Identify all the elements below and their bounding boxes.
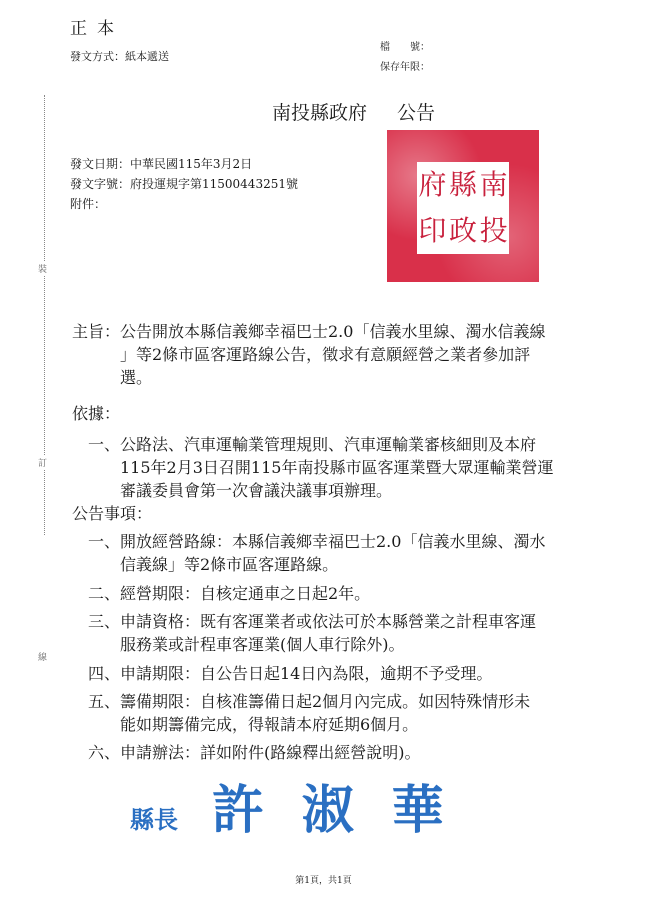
- delivery-method: 發文方式：紙本遞送: [70, 48, 169, 64]
- official-seal: 府 縣 南 印 政 投: [387, 130, 539, 282]
- seal-char: 投: [478, 208, 509, 254]
- subject-label: 主旨：: [72, 320, 120, 343]
- retention-label: 保存年限：: [380, 58, 430, 73]
- title-org: 南投縣政府: [272, 102, 367, 124]
- signature-char: 淑: [302, 780, 354, 841]
- notice-num: 四、: [88, 662, 120, 685]
- doc-number: 發文字號：府投運規字第11500443251號: [70, 175, 298, 192]
- basis-line: 公路法、汽車運輸業管理規則、汽車運輸業審核細則及本府: [120, 433, 536, 456]
- signature-title: 縣長: [130, 805, 178, 834]
- seal-char: 政: [448, 208, 479, 254]
- notice-line: 申請資格：既有客運業者或依法可於本縣營業之計程車客運: [120, 610, 536, 633]
- seal-char: 府: [417, 162, 448, 208]
- basis-line: 115年2月3日召開115年南投縣市區客運業暨大眾運輸業營運: [120, 456, 553, 479]
- seal-characters: 府 縣 南 印 政 投: [417, 162, 509, 254]
- seal-char: 南: [478, 162, 509, 208]
- notice-label: 公告事項：: [72, 502, 152, 525]
- subject-line: 公告開放本縣信義鄉幸福巴士2.0「信義水里線、濁水信義線: [120, 320, 545, 343]
- signature-stamp: 縣長 許 淑 華: [130, 768, 470, 843]
- basis-num: 一、: [88, 433, 120, 456]
- issue-date: 發文日期：中華民國115年3月2日: [70, 155, 252, 172]
- signature-char: 許: [212, 780, 264, 841]
- notice-line: 經營期限：自核定通車之日起2年。: [120, 582, 370, 605]
- subject-line: 」等2條市區客運路線公告，徵求有意願經營之業者參加評: [120, 343, 530, 366]
- notice-line: 申請期限：自公告日起14日內為限，逾期不予受理。: [120, 662, 492, 685]
- binding-char: 線: [38, 650, 47, 663]
- basis-line: 審議委員會第一次會議決議事項辦理。: [120, 479, 392, 502]
- page-title: 南投縣政府 公告: [0, 98, 647, 125]
- page-number: 第1頁，共1頁: [0, 873, 647, 886]
- notice-num: 二、: [88, 582, 120, 605]
- notice-line: 籌備期限：自核准籌備日起2個月內完成。如因特殊情形未: [120, 690, 530, 713]
- notice-line: 服務業或計程車客運業(個人車行除外)。: [120, 633, 405, 656]
- seal-char: 印: [417, 208, 448, 254]
- notice-line: 信義線」等2條市區客運路線。: [120, 553, 338, 576]
- binding-margin-line: [44, 95, 45, 535]
- notice-num: 三、: [88, 610, 120, 633]
- basis-label: 依據：: [72, 402, 120, 425]
- subject-line: 選。: [120, 366, 152, 389]
- notice-line: 開放經營路線：本縣信義鄉幸福巴士2.0「信義水里線、濁水: [120, 530, 545, 553]
- notice-num: 六、: [88, 741, 120, 764]
- notice-line: 申請辦法：詳如附件(路線釋出經營說明)。: [120, 741, 421, 764]
- signature-char: 華: [392, 780, 444, 841]
- copy-label: 正本: [70, 14, 124, 39]
- notice-line: 能如期籌備完成，得報請本府延期6個月。: [120, 713, 418, 736]
- notice-num: 一、: [88, 530, 120, 553]
- seal-char: 縣: [448, 162, 479, 208]
- binding-char: 訂: [38, 456, 47, 469]
- attachment-label: 附件：: [70, 195, 106, 212]
- binding-char: 裝: [38, 262, 47, 275]
- notice-num: 五、: [88, 690, 120, 713]
- file-number-label: 檔 號：: [380, 38, 430, 53]
- title-type: 公告: [397, 102, 435, 124]
